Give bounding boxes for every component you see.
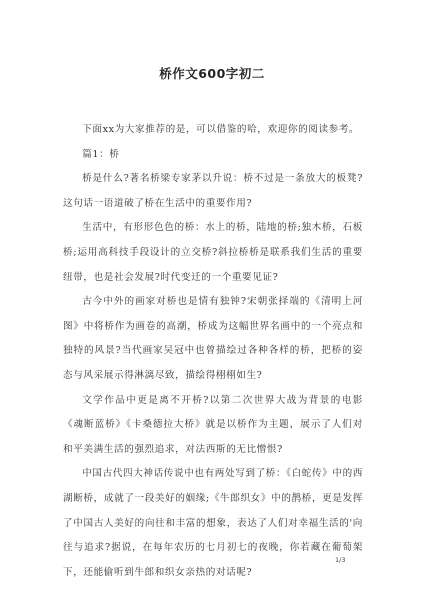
- paragraph: 桥是什么?著名桥梁专家茅以升说：桥不过是一条放大的板凳?这句话一语道破了桥在生活…: [63, 167, 363, 216]
- page-number: 1/3: [335, 556, 345, 564]
- paragraph: 文学作品中更是离不开桥?以第二次世界大战为背景的电影《魂断蓝桥》《卡桑德拉大桥》…: [63, 389, 363, 463]
- section-heading: 篇1：桥: [63, 143, 363, 168]
- document-title: 桥作文600字初二: [0, 64, 424, 82]
- intro-paragraph: 下面xx为大家推荐的是，可以借鉴的哈，欢迎你的阅读参考。: [63, 118, 363, 143]
- paragraph: 生活中，有形形色色的桥：水上的桥，陆地的桥;独木桥，石板桥;运用高科技手段设计的…: [63, 216, 363, 290]
- document-body: 下面xx为大家推荐的是，可以借鉴的哈，欢迎你的阅读参考。 篇1：桥 桥是什么?著…: [63, 118, 363, 585]
- paragraph: 古今中外的画家对桥也是情有独钟?宋朝张择端的《清明上河图》中将桥作为画卷的高潮，…: [63, 290, 363, 388]
- paragraph: 中国古代四大神话传说中也有两处写到了桥：《白蛇传》中的西湖断桥，成就了一段美好的…: [63, 462, 363, 585]
- document-page: 桥作文600字初二 下面xx为大家推荐的是，可以借鉴的哈，欢迎你的阅读参考。 篇…: [0, 0, 424, 600]
